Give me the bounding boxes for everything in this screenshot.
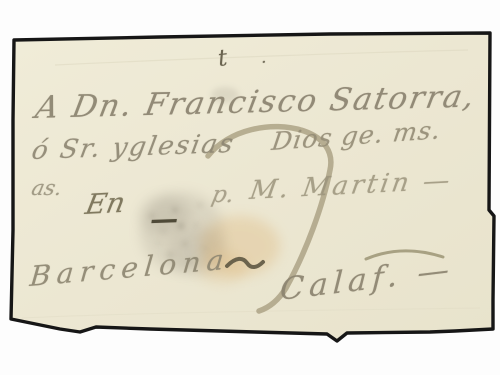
en-word: En bbox=[83, 186, 128, 221]
courtesy-formula-suffix: as. bbox=[29, 176, 64, 200]
photo-background: t · A Dn. Francisco Satorra, ó Sr. ygles… bbox=[0, 0, 500, 375]
invocation-dot: · bbox=[261, 52, 267, 73]
ink-dash: — bbox=[149, 202, 178, 236]
